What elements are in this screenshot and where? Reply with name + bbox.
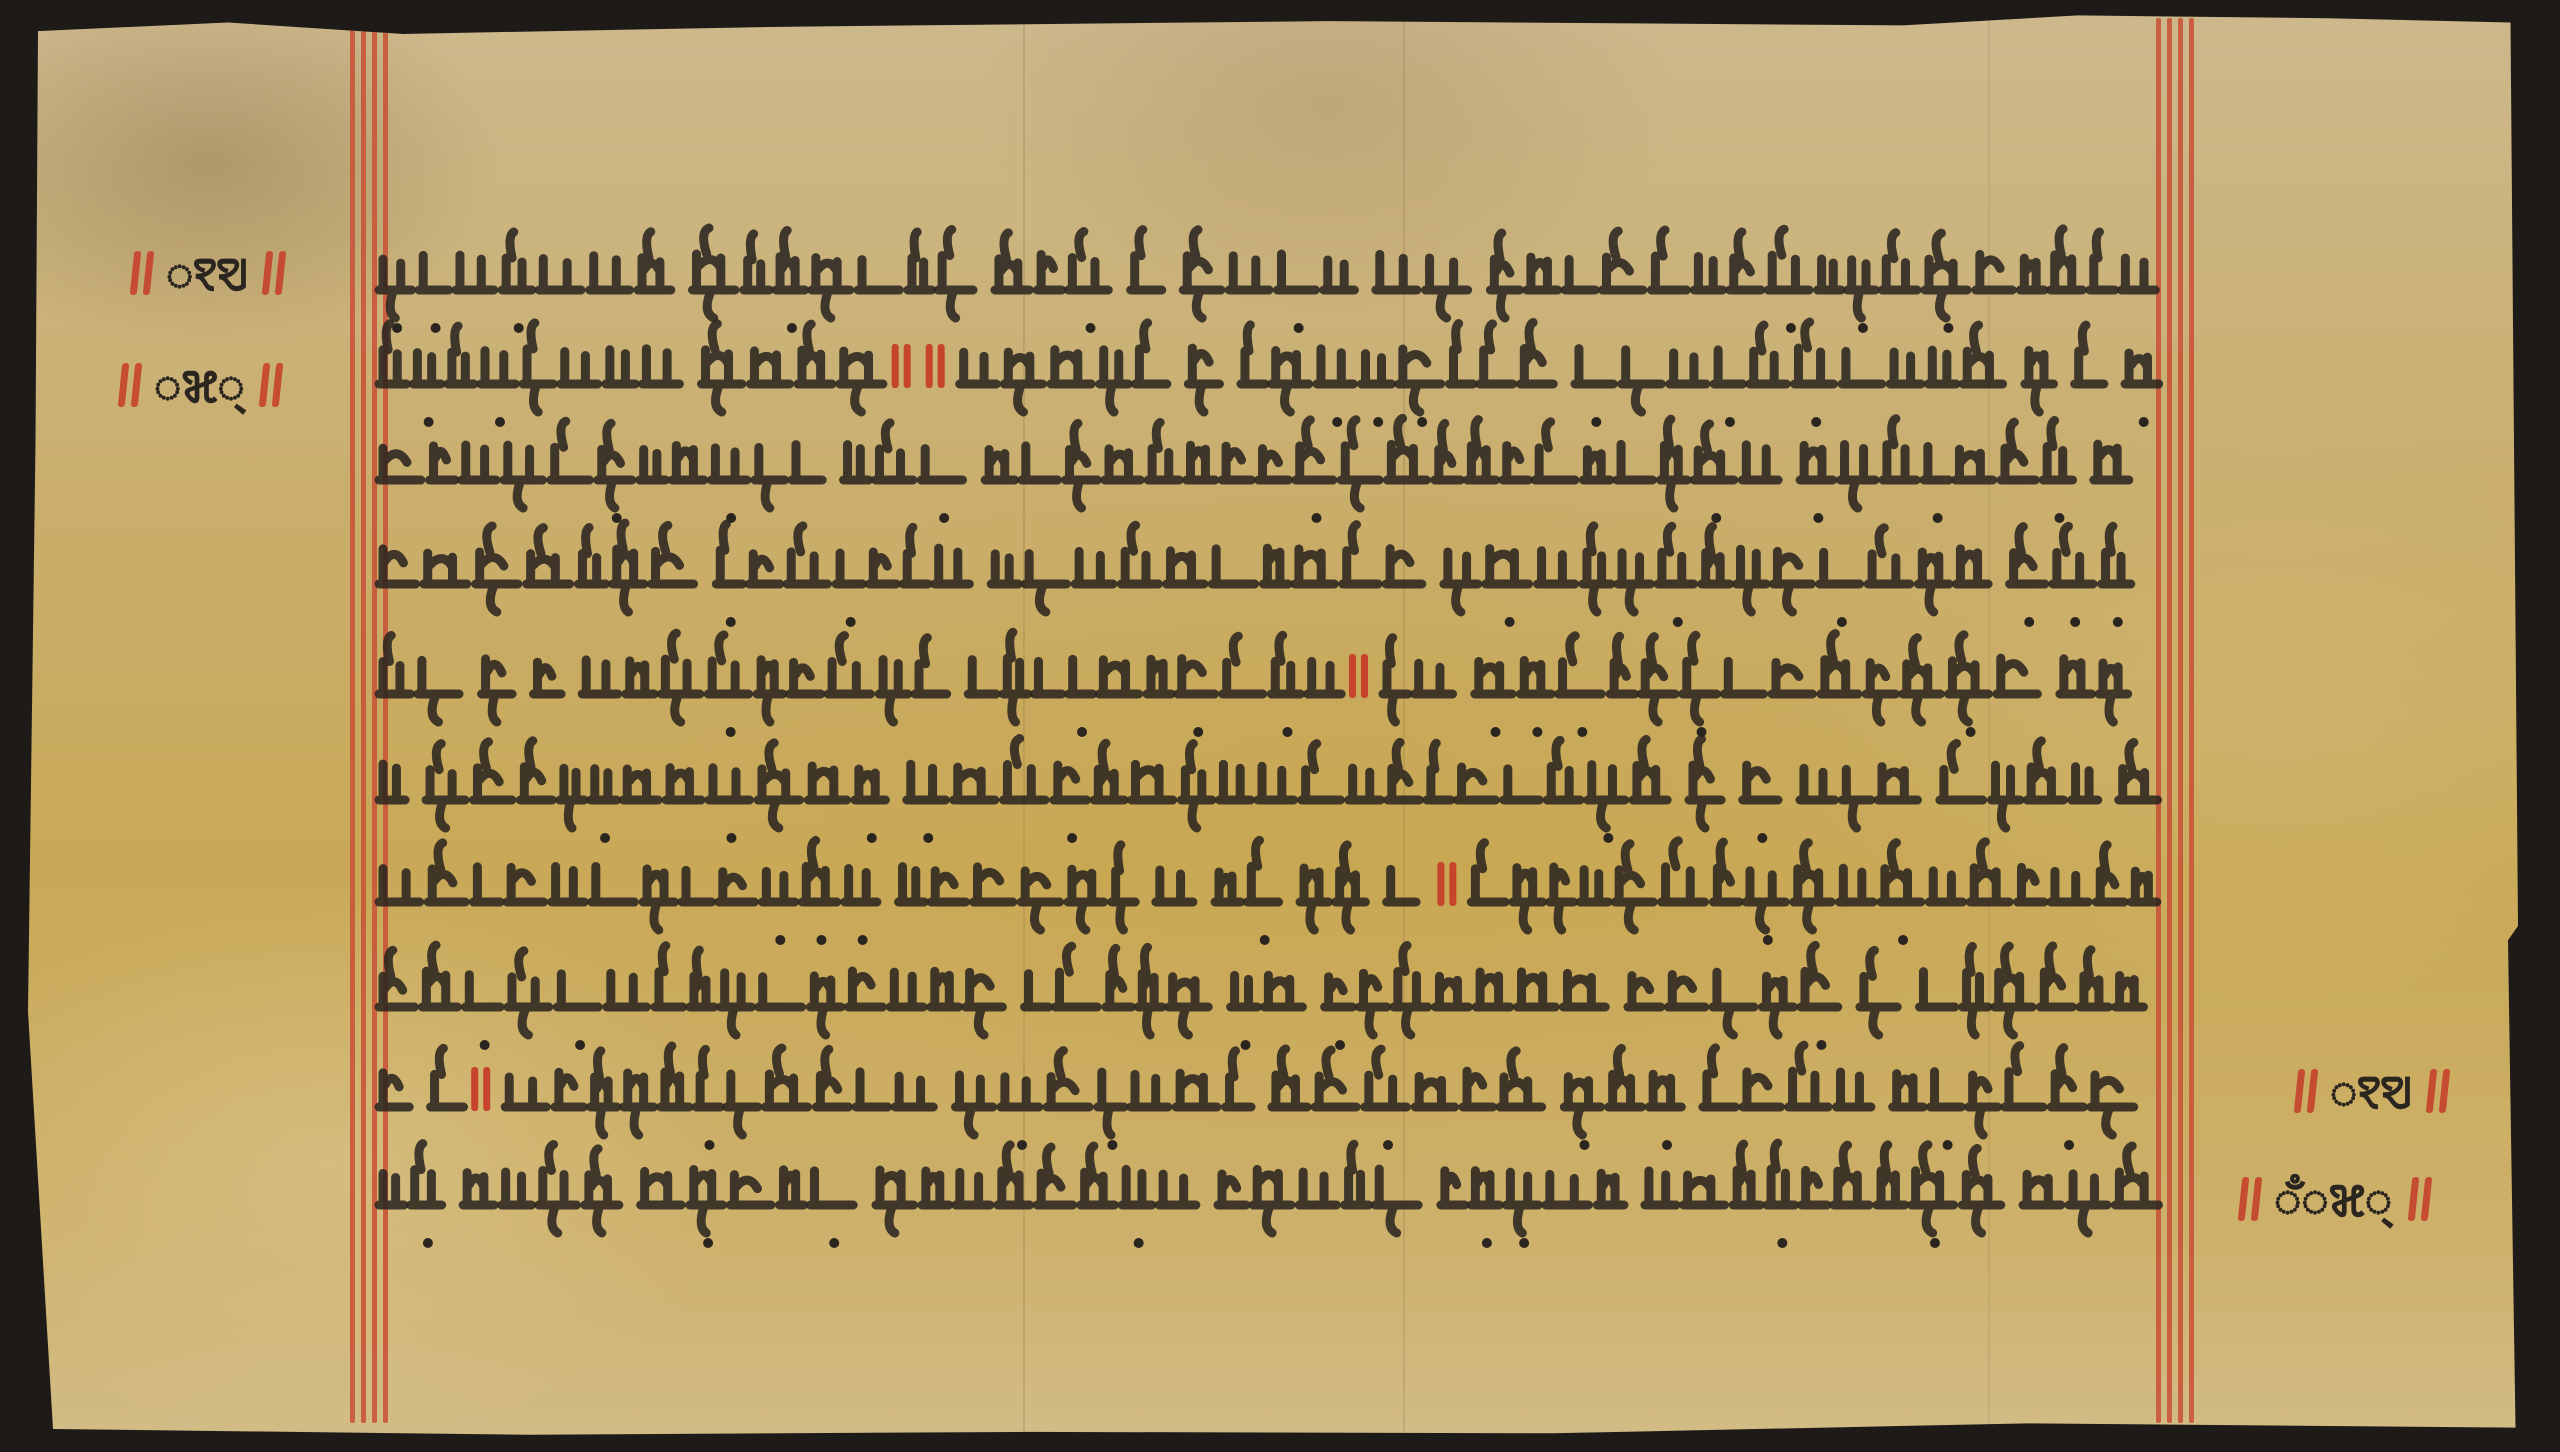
double-danda-icon bbox=[261, 363, 281, 407]
double-danda-icon bbox=[2240, 1177, 2260, 1221]
manuscript-folio: ꣁꣂ ꣃ꣄ ꣁꣂ ꣅꣃ꣄꣆ bbox=[28, 14, 2528, 1439]
double-danda-icon bbox=[264, 251, 284, 295]
text-line bbox=[373, 945, 2153, 1015]
text-line bbox=[373, 632, 2153, 702]
text-line bbox=[373, 1045, 2153, 1115]
folio-number: ꣃ꣄ bbox=[154, 354, 247, 416]
double-danda-icon bbox=[2410, 1177, 2430, 1221]
text-line bbox=[373, 840, 2153, 910]
photo-backdrop: ꣁꣂ ꣃ꣄ ꣁꣂ ꣅꣃ꣄꣆ bbox=[0, 0, 2560, 1452]
right-foliation-top: ꣁꣂ bbox=[2296, 1060, 2448, 1122]
double-danda-icon bbox=[2428, 1069, 2448, 1113]
folio-number: ꣁꣂ bbox=[2330, 1060, 2414, 1122]
left-foliation-top: ꣁꣂ bbox=[132, 242, 284, 304]
double-danda-icon bbox=[120, 363, 140, 407]
folio-number: ꣁꣂ bbox=[166, 242, 250, 304]
ruled-line bbox=[2189, 18, 2194, 1423]
folio-number: ꣅꣃ꣄꣆ bbox=[2274, 1168, 2396, 1230]
text-line bbox=[373, 418, 2153, 488]
text-line bbox=[373, 738, 2153, 808]
left-foliation-bottom: ꣃ꣄ bbox=[120, 354, 281, 416]
text-line bbox=[373, 1143, 2153, 1213]
ruled-line bbox=[2156, 18, 2161, 1423]
text-line bbox=[373, 228, 2153, 298]
double-danda-icon bbox=[132, 251, 152, 295]
ruled-line bbox=[2178, 18, 2183, 1423]
double-danda-icon bbox=[2296, 1069, 2316, 1113]
text-line bbox=[373, 322, 2153, 392]
text-line bbox=[373, 522, 2153, 592]
ruled-line bbox=[2167, 18, 2172, 1423]
right-foliation-bottom: ꣅꣃ꣄꣆ bbox=[2240, 1168, 2430, 1230]
